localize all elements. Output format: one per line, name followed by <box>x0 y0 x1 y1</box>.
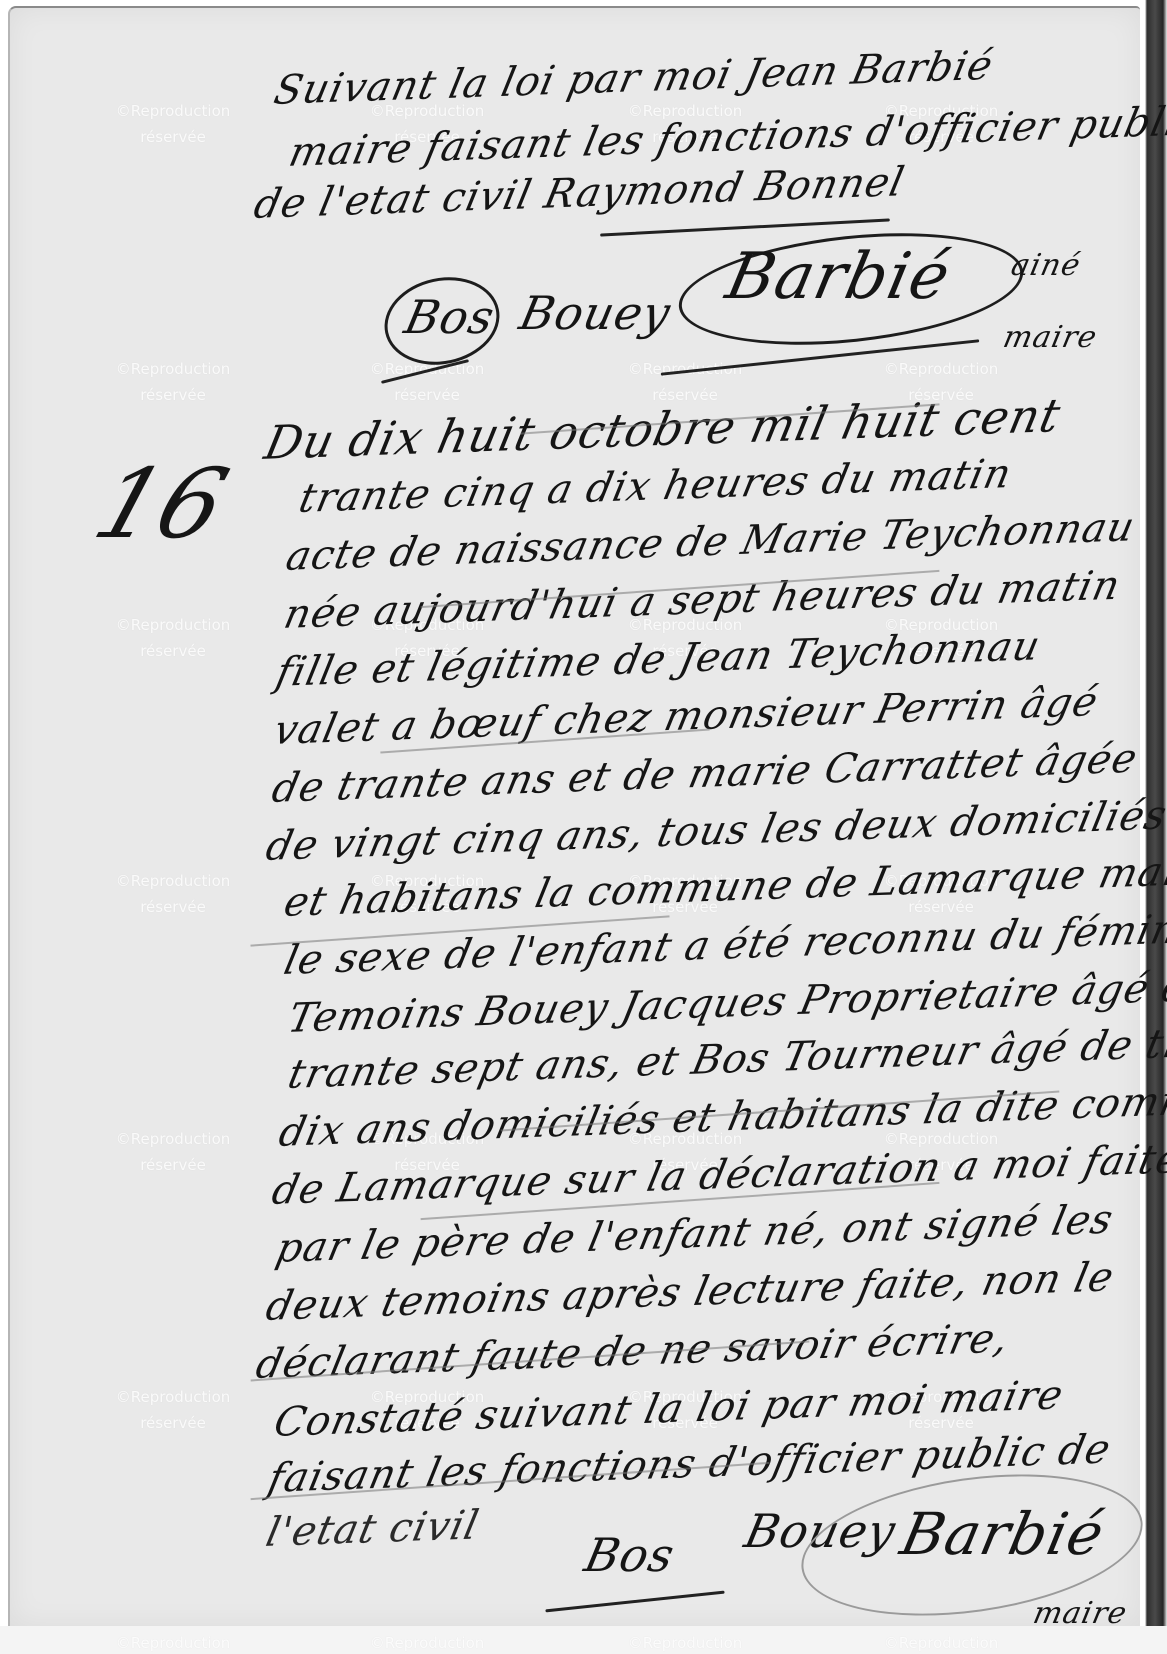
signature-bos: Bos <box>580 1528 680 1582</box>
handwritten-line: l'etat civil <box>262 1502 483 1556</box>
signature-bouey: Bouey <box>515 286 676 340</box>
scan-bottom-margin <box>0 1626 1167 1654</box>
signature-bos: Bos <box>400 290 500 344</box>
signature-title-maire: maire <box>1000 320 1100 355</box>
signature-barbie: Barbié <box>720 240 957 314</box>
signature-barbie: Barbié <box>895 1500 1110 1568</box>
signature-title-maire: maire <box>1030 1596 1130 1631</box>
signature-aine: ainé <box>1008 248 1084 283</box>
